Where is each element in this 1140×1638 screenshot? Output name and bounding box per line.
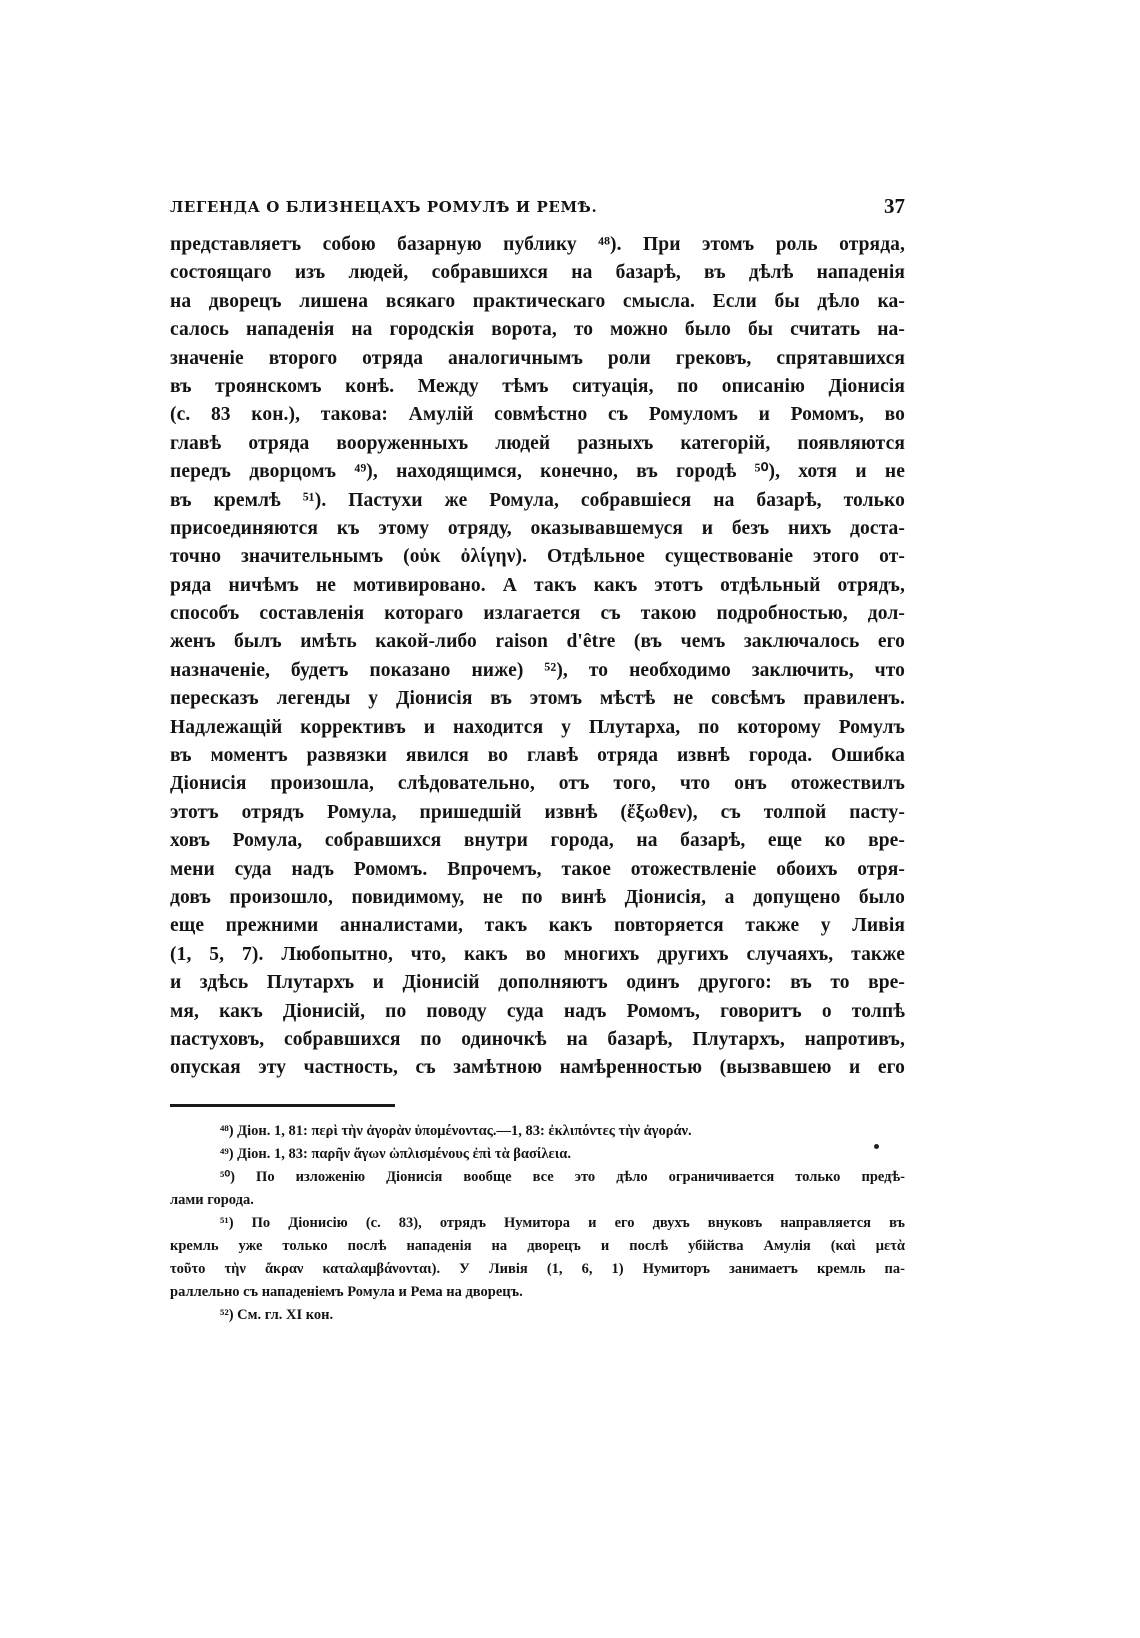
text-line: довъ произошло, повидимому, не по винѣ Д… xyxy=(170,884,905,912)
text-line: точно значительнымъ (οὐκ ὀλίγην). Отдѣль… xyxy=(170,543,905,571)
footnote-51-cont: раллельно съ нападеніемъ Ромула и Рема н… xyxy=(170,1281,905,1304)
text-line: назначеніе, будетъ показано ниже) ⁵²), т… xyxy=(170,657,905,685)
text-line: ряда ничѣмъ не мотивировано. А такъ какъ… xyxy=(170,572,905,600)
text-line: представляетъ собою базарную публику ⁴⁸)… xyxy=(170,231,905,259)
running-title: ЛЕГЕНДА О БЛИЗНЕЦАХЪ РОМУЛѢ И РЕМѢ. xyxy=(170,198,597,216)
main-text: представляетъ собою базарную публику ⁴⁸)… xyxy=(170,231,905,1083)
text-line: Діонисія произошла, слѣдовательно, отъ т… xyxy=(170,770,905,798)
text-line: главѣ отряда вооруженныхъ людей разныхъ … xyxy=(170,430,905,458)
footnote-separator xyxy=(170,1104,395,1107)
footnote-50-cont: лами города. xyxy=(170,1189,905,1212)
footnote-50: ⁵⁰) По изложенію Діонисія вообще все это… xyxy=(170,1166,905,1189)
text-line: мя, какъ Діонисій, по поводу суда надъ Р… xyxy=(170,998,905,1026)
text-line: передъ дворцомъ ⁴⁹), находящимся, конечн… xyxy=(170,458,905,486)
print-speck xyxy=(874,1144,879,1149)
text-line: ховъ Ромула, собравшихся внутри города, … xyxy=(170,827,905,855)
text-line: въ кремлѣ ⁵¹). Пастухи же Ромула, собрав… xyxy=(170,487,905,515)
page-header: ЛЕГЕНДА О БЛИЗНЕЦАХЪ РОМУЛѢ И РЕМѢ. 37 xyxy=(0,194,905,224)
text-line: салось нападенія на городскія ворота, то… xyxy=(170,316,905,344)
text-line: (с. 83 кон.), такова: Амулій совмѣстно с… xyxy=(170,401,905,429)
footnote-52: ⁵²) См. гл. XI кон. xyxy=(170,1304,905,1327)
page-number: 37 xyxy=(884,194,905,219)
book-page: ЛЕГЕНДА О БЛИЗНЕЦАХЪ РОМУЛѢ И РЕМѢ. 37 п… xyxy=(0,0,1140,1638)
footnote-51-cont: τοῦτο τὴν ἄκραν καταλαμβάνονται). У Ливі… xyxy=(170,1258,905,1281)
text-line: мени суда надъ Ромомъ. Впрочемъ, такое о… xyxy=(170,856,905,884)
text-line: въ троянскомъ конѣ. Между тѣмъ ситуація,… xyxy=(170,373,905,401)
footnote-48: ⁴⁸) Діон. 1, 81: περὶ τὴν ἀγορὰν ὑπομένο… xyxy=(170,1120,905,1143)
text-line: опуская эту частность, съ замѣтною намѣр… xyxy=(170,1054,905,1082)
footnote-51: ⁵¹) По Діонисію (с. 83), отрядъ Нумитора… xyxy=(170,1212,905,1235)
text-line: на дворецъ лишена всякаго практическаго … xyxy=(170,288,905,316)
text-line: еще прежними анналистами, такъ какъ повт… xyxy=(170,912,905,940)
text-line: пересказъ легенды у Діонисія въ этомъ мѣ… xyxy=(170,685,905,713)
text-line: значеніе второго отряда аналогичнымъ рол… xyxy=(170,345,905,373)
footnote-49: ⁴⁹) Діон. 1, 83: παρῆν ἄγων ὡπλισμένους … xyxy=(170,1143,905,1166)
text-line: (1, 5, 7). Любопытно, что, какъ во многи… xyxy=(170,941,905,969)
text-line: женъ былъ имѣть какой-либо raison d'être… xyxy=(170,628,905,656)
text-line: способъ составленія котораго излагается … xyxy=(170,600,905,628)
text-line: этотъ отрядъ Ромула, пришедшій извнѣ (ἔξ… xyxy=(170,799,905,827)
text-line: и здѣсь Плутархъ и Діонисій дополняютъ о… xyxy=(170,969,905,997)
footnotes: ⁴⁸) Діон. 1, 81: περὶ τὴν ἀγορὰν ὑπομένο… xyxy=(170,1120,905,1327)
text-line: состоящаго изъ людей, собравшихся на баз… xyxy=(170,259,905,287)
text-line: Надлежащій коррективъ и находится у Плут… xyxy=(170,714,905,742)
text-line: присоединяются къ этому отряду, оказывав… xyxy=(170,515,905,543)
text-line: въ моментъ развязки явился во главѣ отря… xyxy=(170,742,905,770)
text-line: пастуховъ, собравшихся по одиночкѣ на ба… xyxy=(170,1026,905,1054)
footnote-51-cont: кремль уже только послѣ нападенія на дво… xyxy=(170,1235,905,1258)
